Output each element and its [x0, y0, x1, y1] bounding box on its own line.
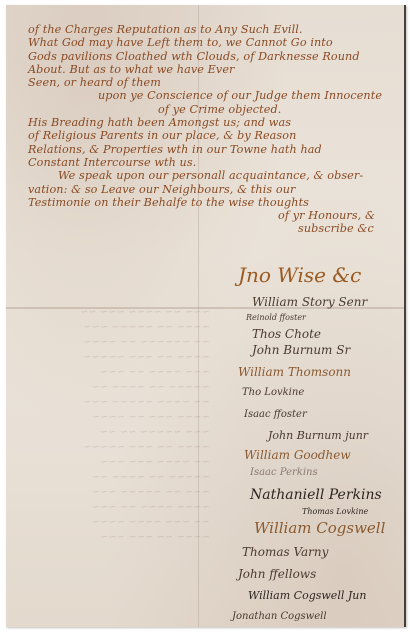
text-line: What God may have Left them to, we Canno…: [28, 36, 398, 49]
signature: William Cogswell Jun: [248, 589, 366, 602]
signature: Thos Chote: [252, 327, 321, 341]
manuscript-page: ​~~~ ~~ ~~~~ ~~~ ~~~~~~ ~~ ~~~~~ ~~~~~ ~…: [6, 5, 406, 627]
text-line: Relations, & Properties wth in our Towne…: [28, 143, 398, 156]
signature: William Cogswell: [254, 519, 385, 537]
text-line: His Breading hath been Amongst us; and w…: [28, 116, 398, 129]
text-line: vation: & so Leave our Neighbours, & thi…: [28, 183, 398, 196]
signature: William Story Senr: [252, 295, 367, 309]
text-line: subscribe &c: [28, 222, 398, 235]
signature-first-signer: Jno Wise &c: [238, 263, 361, 287]
signature: Thomas Varny: [242, 545, 328, 559]
signature: John Burnum Sr: [252, 343, 350, 357]
signature: Tho Lovkine: [242, 387, 304, 398]
signature: Isaac Perkins: [250, 467, 318, 478]
bleed-through-text: ​~~~ ~~ ~~~~ ~~~ ~~~~~~ ~~ ~~~~~ ~~~~~ ~…: [20, 305, 210, 605]
text-line: Seen, or heard of them: [28, 76, 398, 89]
signature: Isaac ffoster: [244, 409, 307, 420]
signature: Jonathan Cogswell: [232, 611, 327, 622]
signature: Reinold ffoster: [246, 313, 306, 322]
text-line: Testimonie on their Behalfe to the wise …: [28, 196, 398, 209]
signature: Nathaniell Perkins: [250, 487, 382, 503]
text-line: Constant Intercourse wth us.: [28, 156, 398, 169]
text-line: We speak upon our personall acquaintance…: [28, 169, 398, 182]
text-line: upon ye Conscience of our Judge them Inn…: [28, 89, 398, 102]
text-line: of Religious Parents in our place, & by …: [28, 129, 398, 142]
text-line: of ye Crime objected.: [28, 103, 398, 116]
signature: William Thomsonn: [238, 365, 351, 379]
text-line: of the Charges Reputation as to Any Such…: [28, 23, 398, 36]
signature: William Goodhew: [244, 448, 351, 462]
signature: Thomas Lovkine: [302, 507, 368, 516]
text-line: of yr Honours, &: [28, 209, 398, 222]
signature: John Burnum junr: [268, 429, 368, 442]
testimony-text: of the Charges Reputation as to Any Such…: [28, 23, 398, 236]
signature: John ffellows: [238, 567, 316, 581]
text-line: Gods pavilions Cloathed wth Clouds, of D…: [28, 50, 398, 63]
text-line: About. But as to what we have Ever: [28, 63, 398, 76]
